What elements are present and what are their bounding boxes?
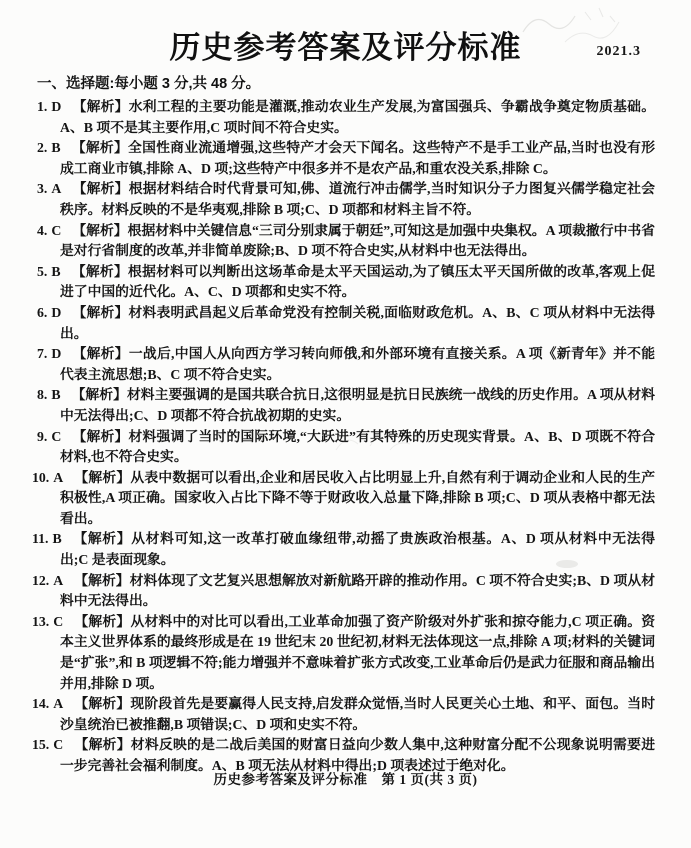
- analysis-text: 从表中数据可以看出,企业和居民收入占比明显上升,自然有利于调动企业和人民的生产积…: [60, 470, 655, 526]
- analysis-text: 材料强调了当时的国际环境,“大跃进”有其特殊的历史现实背景。A、B、D 项既不符…: [60, 429, 655, 465]
- answer-letter: D: [51, 99, 61, 114]
- analysis-text: 从材料中的对比可以看出,工业革命加强了资产阶级对外扩张和掠夺能力,C 项正确。资…: [60, 614, 655, 691]
- answer-item: 2.B【解析】全国性商业流通增强,这些特产才会天下闻名。这些特产不是手工业产品,…: [37, 138, 655, 179]
- answer-item: 12.A【解析】材料体现了文艺复兴思想解放对新航路开辟的推动作用。C 项不符合史…: [37, 571, 655, 612]
- analysis-label: 【解析】: [72, 140, 128, 155]
- analysis-text: 材料主要强调的是国共联合抗日,这很明显是抗日民族统一战线的历史作用。A 项从材料…: [60, 387, 655, 423]
- question-number: 5.: [37, 264, 47, 279]
- question-number: 12.: [32, 573, 49, 588]
- analysis-label: 【解析】: [72, 99, 128, 114]
- answer-letter: A: [51, 181, 61, 196]
- analysis-label: 【解析】: [72, 264, 128, 279]
- analysis-text: 根据材料可以判断出这场革命是太平天国运动,为了镇压太平天国所做的改革,客观上促进…: [60, 264, 655, 300]
- answer-letter: D: [51, 305, 61, 320]
- analysis-label: 【解析】: [72, 429, 128, 444]
- answer-letter: B: [51, 387, 60, 402]
- question-number: 13.: [32, 614, 49, 629]
- analysis-text: 材料体现了文艺复兴思想解放对新航路开辟的推动作用。C 项不符合史实;B、D 项从…: [60, 573, 655, 609]
- question-number: 2.: [37, 140, 47, 155]
- analysis-label: 【解析】: [72, 305, 128, 320]
- analysis-label: 【解析】: [74, 614, 130, 629]
- answer-item: 1.D【解析】水利工程的主要功能是灌溉,推动农业生产发展,为富国强兵、争霸战争奠…: [37, 97, 655, 138]
- answer-letter: B: [51, 264, 60, 279]
- answer-letter: C: [51, 223, 61, 238]
- analysis-label: 【解析】: [74, 470, 130, 485]
- answer-item: 6.D【解析】材料表明武昌起义后革命党没有控制关税,面临财政危机。A、B、C 项…: [37, 303, 655, 344]
- answer-letter: C: [53, 614, 63, 629]
- answer-letter: D: [51, 346, 61, 361]
- answer-item: 3.A【解析】根据材料结合时代背景可知,佛、道流行冲击儒学,当时知识分子力图复兴…: [37, 179, 655, 220]
- answer-item: 5.B【解析】根据材料可以判断出这场革命是太平天国运动,为了镇压太平天国所做的改…: [37, 262, 655, 303]
- document-header: 历史参考答案及评分标准 2021.3: [0, 0, 691, 67]
- question-number: 6.: [37, 305, 47, 320]
- analysis-label: 【解析】: [74, 696, 130, 711]
- scanned-answer-page: 历史参考答案及评分标准 2021.3 一、选择题:每小题 3 分,共 48 分。…: [0, 0, 691, 848]
- analysis-text: 根据材料中关键信息“三司分别隶属于朝廷”,可知这是加强中央集权。A 项裁撤行中书…: [60, 223, 655, 259]
- page-footer: 历史参考答案及评分标准 第 1 页(共 3 页): [0, 768, 691, 788]
- analysis-text: 材料表明武昌起义后革命党没有控制关税,面临财政危机。A、B、C 项从材料中无法得…: [60, 305, 655, 341]
- analysis-label: 【解析】: [74, 737, 131, 752]
- answer-item: 14.A【解析】现阶段首先是要赢得人民支持,启发群众觉悟,当时人民更关心土地、和…: [37, 694, 655, 735]
- analysis-text: 一战后,中国人从向西方学习转向师俄,和外部环境有直接关系。A 项《新青年》并不能…: [60, 346, 655, 382]
- analysis-label: 【解析】: [73, 531, 132, 546]
- analysis-text: 全国性商业流通增强,这些特产才会天下闻名。这些特产不是手工业产品,当时也没有形成…: [60, 140, 655, 176]
- analysis-label: 【解析】: [72, 223, 127, 238]
- analysis-text: 水利工程的主要功能是灌溉,推动农业生产发展,为富国强兵、争霸战争奠定物质基础。A…: [60, 99, 655, 135]
- question-number: 11.: [32, 531, 49, 546]
- answer-item: 10.A【解析】从表中数据可以看出,企业和居民收入占比明显上升,自然有利于调动企…: [37, 468, 655, 530]
- page-title: 历史参考答案及评分标准: [0, 22, 691, 67]
- question-number: 7.: [37, 346, 47, 361]
- question-number: 3.: [37, 181, 47, 196]
- analysis-label: 【解析】: [72, 346, 129, 361]
- answer-item: 8.B【解析】材料主要强调的是国共联合抗日,这很明显是抗日民族统一战线的历史作用…: [37, 385, 655, 426]
- answer-item: 7.D【解析】一战后,中国人从向西方学习转向师俄,和外部环境有直接关系。A 项《…: [37, 344, 655, 385]
- question-number: 14.: [32, 696, 49, 711]
- answer-letter: B: [53, 531, 62, 546]
- analysis-label: 【解析】: [72, 387, 127, 402]
- section-heading: 一、选择题:每小题 3 分,共 48 分。: [37, 74, 655, 94]
- question-number: 15.: [32, 737, 49, 752]
- analysis-label: 【解析】: [72, 181, 128, 196]
- question-number: 10.: [32, 470, 49, 485]
- question-number: 8.: [37, 387, 47, 402]
- answer-item: 9.C【解析】材料强调了当时的国际环境,“大跃进”有其特殊的历史现实背景。A、B…: [37, 427, 655, 468]
- answer-list: 1.D【解析】水利工程的主要功能是灌溉,推动农业生产发展,为富国强兵、争霸战争奠…: [37, 97, 655, 777]
- analysis-text: 从材料可知,这一改革打破血缘纽带,动摇了贵族政治根基。A、D 项从材料中无法得出…: [60, 531, 655, 567]
- answer-item: 13.C【解析】从材料中的对比可以看出,工业革命加强了资产阶级对外扩张和掠夺能力…: [37, 612, 655, 694]
- answer-item: 4.C【解析】根据材料中关键信息“三司分别隶属于朝廷”,可知这是加强中央集权。A…: [37, 221, 655, 262]
- answer-letter: A: [53, 470, 63, 485]
- answer-letter: C: [51, 429, 61, 444]
- analysis-label: 【解析】: [74, 573, 129, 588]
- exam-date: 2021.3: [597, 44, 642, 60]
- analysis-text: 现阶段首先是要赢得人民支持,启发群众觉悟,当时人民更关心土地、和平、面包。当时沙…: [60, 696, 655, 732]
- answer-letter: A: [53, 696, 63, 711]
- question-number: 9.: [37, 429, 47, 444]
- analysis-text: 根据材料结合时代背景可知,佛、道流行冲击儒学,当时知识分子力图复兴儒学稳定社会秩…: [60, 181, 655, 217]
- answer-item: 11.B【解析】从材料可知,这一改革打破血缘纽带,动摇了贵族政治根基。A、D 项…: [37, 529, 655, 570]
- question-number: 1.: [37, 99, 47, 114]
- answer-letter: A: [53, 573, 63, 588]
- question-number: 4.: [37, 223, 47, 238]
- answer-letter: C: [53, 737, 63, 752]
- answer-letter: B: [51, 140, 60, 155]
